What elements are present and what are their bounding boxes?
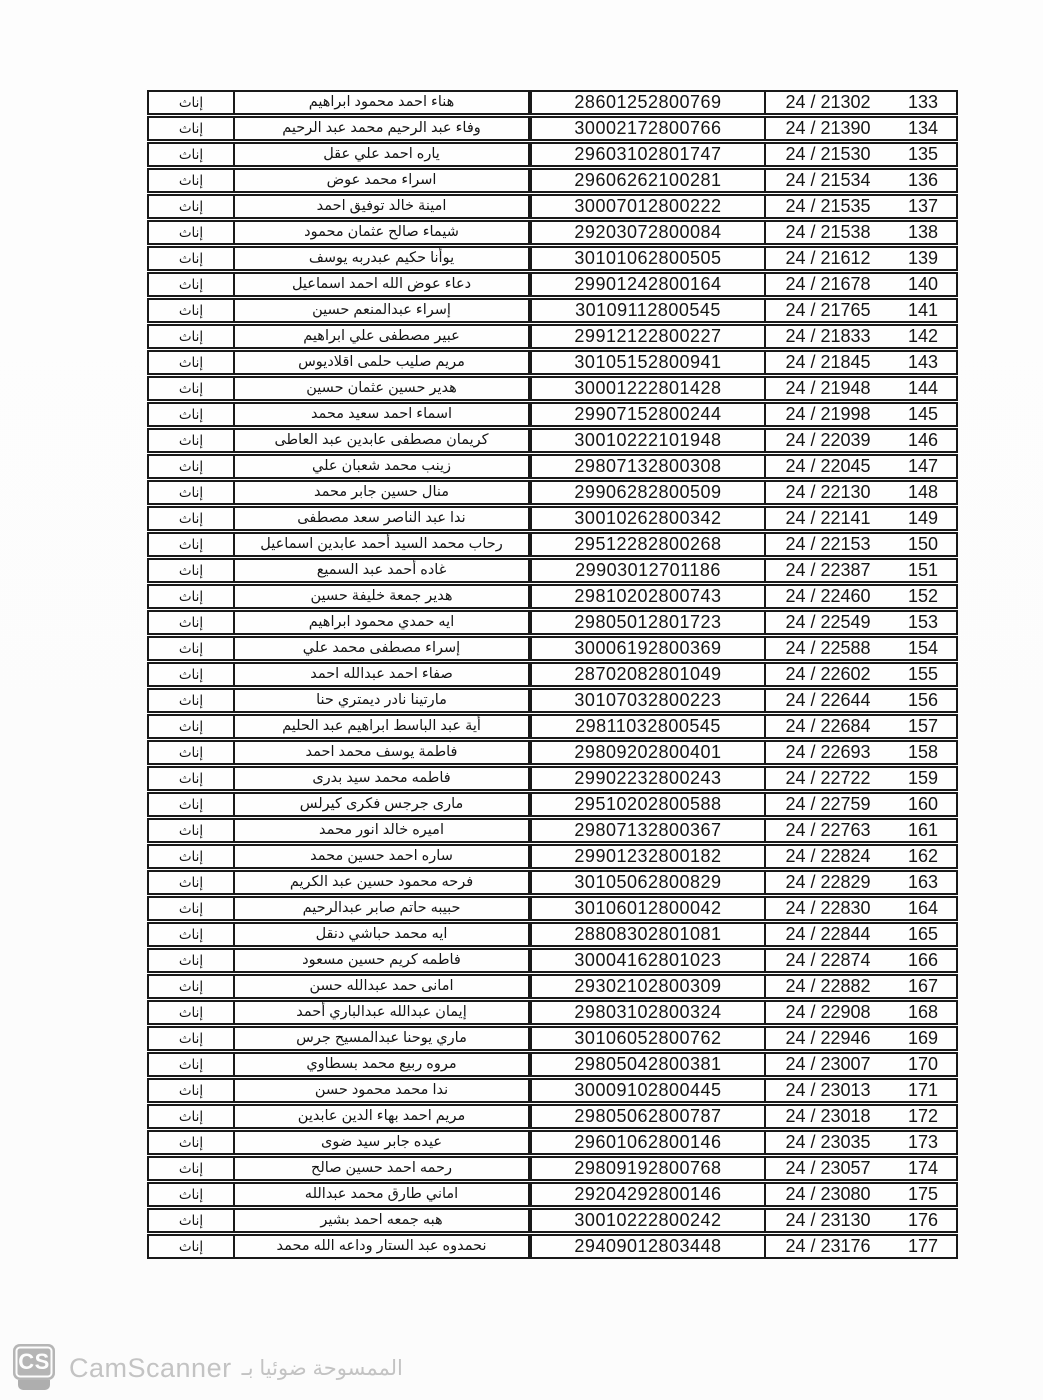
code-cell: 24 / 21534 — [764, 170, 890, 191]
serial-cell: 148 — [890, 482, 956, 503]
national-id-cell: 29902232800243 — [530, 768, 764, 789]
serial-cell: 143 — [890, 352, 956, 373]
gender-cell: إناث — [149, 742, 235, 763]
name-cell: مريم احمد بهاء الدين عابدين — [235, 1106, 530, 1127]
code-cell: 24 / 22759 — [764, 794, 890, 815]
name-cell: هدير جمعة خليفة حسين — [235, 586, 530, 607]
name-cell: وفاء عبد الرحيم محمد عبد الرحيم — [235, 118, 530, 139]
serial-cell: 162 — [890, 846, 956, 867]
code-cell: 24 / 21845 — [764, 352, 890, 373]
gender-cell: إناث — [149, 638, 235, 659]
code-cell: 24 / 21833 — [764, 326, 890, 347]
table-row: 154 24 / 22588 30006192800369 إسراء مصطف… — [147, 636, 958, 661]
serial-cell: 153 — [890, 612, 956, 633]
table-row: 140 24 / 21678 29901242800164 دعاء عوض ا… — [147, 272, 958, 297]
serial-cell: 139 — [890, 248, 956, 269]
national-id-cell: 30006192800369 — [530, 638, 764, 659]
code-cell: 24 / 21948 — [764, 378, 890, 399]
table-row: 134 24 / 21390 30002172800766 وفاء عبد ا… — [147, 116, 958, 141]
gender-cell: إناث — [149, 976, 235, 997]
code-cell: 24 / 22602 — [764, 664, 890, 685]
serial-cell: 172 — [890, 1106, 956, 1127]
code-cell: 24 / 22045 — [764, 456, 890, 477]
name-cell: رحمه احمد حسين صالح — [235, 1158, 530, 1179]
serial-cell: 138 — [890, 222, 956, 243]
national-id-cell: 29805062800787 — [530, 1106, 764, 1127]
national-id-cell: 30010222101948 — [530, 430, 764, 451]
serial-cell: 142 — [890, 326, 956, 347]
table-row: 166 24 / 22874 30004162801023 فاطمه كريم… — [147, 948, 958, 973]
code-cell: 24 / 22946 — [764, 1028, 890, 1049]
national-id-cell: 30106012800042 — [530, 898, 764, 919]
gender-cell: إناث — [149, 560, 235, 581]
name-cell: منال حسين جابر محمد — [235, 482, 530, 503]
name-cell: ماري يوحنا عبدالمسيح جرس — [235, 1028, 530, 1049]
name-cell: ياره احمد علي عقل — [235, 144, 530, 165]
code-cell: 24 / 23013 — [764, 1080, 890, 1101]
name-cell: دعاء عوض الله احمد اسماعيل — [235, 274, 530, 295]
serial-cell: 133 — [890, 92, 956, 113]
code-cell: 24 / 22824 — [764, 846, 890, 867]
serial-cell: 141 — [890, 300, 956, 321]
name-cell: ايه محمد حباشي دنقل — [235, 924, 530, 945]
serial-cell: 161 — [890, 820, 956, 841]
national-id-cell: 29907152800244 — [530, 404, 764, 425]
table-row: 151 24 / 22387 29903012701186 غاده أحمد … — [147, 558, 958, 583]
table-row: 152 24 / 22460 29810202800743 هدير جمعة … — [147, 584, 958, 609]
serial-cell: 150 — [890, 534, 956, 555]
table-row: 153 24 / 22549 29805012801723 ايه حمدي م… — [147, 610, 958, 635]
national-id-cell: 28702082801049 — [530, 664, 764, 685]
code-cell: 24 / 22588 — [764, 638, 890, 659]
gender-cell: إناث — [149, 664, 235, 685]
table-row: 146 24 / 22039 30010222101948 كريمان مصط… — [147, 428, 958, 453]
name-cell: مريم صليب حلمى اقلاديوس — [235, 352, 530, 373]
table-row: 164 24 / 22830 30106012800042 حبيبه حاتم… — [147, 896, 958, 921]
code-cell: 24 / 23035 — [764, 1132, 890, 1153]
gender-cell: إناث — [149, 1080, 235, 1101]
serial-cell: 137 — [890, 196, 956, 217]
national-id-cell: 28808302801081 — [530, 924, 764, 945]
code-cell: 24 / 23057 — [764, 1158, 890, 1179]
name-cell: نحمدوه عبد الستار وداعه الله محمد — [235, 1236, 530, 1257]
serial-cell: 145 — [890, 404, 956, 425]
gender-cell: إناث — [149, 222, 235, 243]
name-cell: يوأنا حكيم عبدربه يوسف — [235, 248, 530, 269]
serial-cell: 151 — [890, 560, 956, 581]
national-id-cell: 29912122800227 — [530, 326, 764, 347]
table-row: 176 24 / 23130 30010222800242 هبه جمعه ا… — [147, 1208, 958, 1233]
name-cell: فاطمة يوسف محمد احمد — [235, 742, 530, 763]
gender-cell: إناث — [149, 482, 235, 503]
national-id-cell: 29901242800164 — [530, 274, 764, 295]
gender-cell: إناث — [149, 352, 235, 373]
name-cell: ندا عبد الناصر سعد مصطفى — [235, 508, 530, 529]
table-row: 159 24 / 22722 29902232800243 فاطمه محمد… — [147, 766, 958, 791]
gender-cell: إناث — [149, 1106, 235, 1127]
name-cell: ندا محمد محمود حسن — [235, 1080, 530, 1101]
national-id-cell: 29901232800182 — [530, 846, 764, 867]
gender-cell: إناث — [149, 794, 235, 815]
table-row: 148 24 / 22130 29906282800509 منال حسين … — [147, 480, 958, 505]
name-cell: رحاب محمد السيد أحمد عابدين اسماعيل — [235, 534, 530, 555]
serial-cell: 158 — [890, 742, 956, 763]
name-cell: ايه حمدي محمود ابراهيم — [235, 612, 530, 633]
gender-cell: إناث — [149, 820, 235, 841]
table-row: 172 24 / 23018 29805062800787 مريم احمد … — [147, 1104, 958, 1129]
camscanner-brand-text: CamScanner — [69, 1353, 232, 1384]
gender-cell: إناث — [149, 534, 235, 555]
table-row: 141 24 / 21765 30109112800545 إسراء عبدا… — [147, 298, 958, 323]
gender-cell: إناث — [149, 612, 235, 633]
serial-cell: 170 — [890, 1054, 956, 1075]
national-id-cell: 30010262800342 — [530, 508, 764, 529]
national-id-cell: 29510202800588 — [530, 794, 764, 815]
gender-cell: إناث — [149, 144, 235, 165]
gender-cell: إناث — [149, 716, 235, 737]
gender-cell: إناث — [149, 170, 235, 191]
name-cell: صفاء احمد عبدالله احمد — [235, 664, 530, 685]
table-row: 168 24 / 22908 29803102800324 إيمان عبدا… — [147, 1000, 958, 1025]
gender-cell: إناث — [149, 1002, 235, 1023]
serial-cell: 166 — [890, 950, 956, 971]
national-id-cell: 30009102800445 — [530, 1080, 764, 1101]
table-row: 145 24 / 21998 29907152800244 اسماء احمد… — [147, 402, 958, 427]
gender-cell: إناث — [149, 1132, 235, 1153]
code-cell: 24 / 21390 — [764, 118, 890, 139]
serial-cell: 146 — [890, 430, 956, 451]
national-id-cell: 30002172800766 — [530, 118, 764, 139]
table-row: 173 24 / 23035 29601062800146 عيده جابر … — [147, 1130, 958, 1155]
code-cell: 24 / 22644 — [764, 690, 890, 711]
serial-cell: 157 — [890, 716, 956, 737]
student-roster-table: 133 24 / 21302 28601252800769 هناء احمد … — [147, 90, 954, 1260]
code-cell: 24 / 22693 — [764, 742, 890, 763]
national-id-cell: 29807132800308 — [530, 456, 764, 477]
table-row: 177 24 / 23176 29409012803448 نحمدوه عبد… — [147, 1234, 958, 1259]
name-cell: اماني طارق محمد عبدالله — [235, 1184, 530, 1205]
gender-cell: إناث — [149, 924, 235, 945]
national-id-cell: 29601062800146 — [530, 1132, 764, 1153]
national-id-cell: 29302102800309 — [530, 976, 764, 997]
gender-cell: إناث — [149, 898, 235, 919]
name-cell: امانى حمد عبدالله حسن — [235, 976, 530, 997]
national-id-cell: 29409012803448 — [530, 1236, 764, 1257]
name-cell: فاطمه كريم حسين مسعود — [235, 950, 530, 971]
table-row: 175 24 / 23080 29204292800146 اماني طارق… — [147, 1182, 958, 1207]
serial-cell: 144 — [890, 378, 956, 399]
camscanner-watermark: CS CamScanner الممسوحة ضوئيا بـ — [13, 1344, 403, 1392]
table-row: 149 24 / 22141 30010262800342 ندا عبد ال… — [147, 506, 958, 531]
table-row: 143 24 / 21845 30105152800941 مريم صليب … — [147, 350, 958, 375]
gender-cell: إناث — [149, 768, 235, 789]
code-cell: 24 / 22549 — [764, 612, 890, 633]
serial-cell: 167 — [890, 976, 956, 997]
table-row: 136 24 / 21534 29606262100281 اسراء محمد… — [147, 168, 958, 193]
name-cell: هدير حسين عثمان حسين — [235, 378, 530, 399]
gender-cell: إناث — [149, 846, 235, 867]
gender-cell: إناث — [149, 1054, 235, 1075]
serial-cell: 164 — [890, 898, 956, 919]
camscanner-badge-label: CS — [18, 1349, 50, 1375]
table-row: 135 24 / 21530 29603102801747 ياره احمد … — [147, 142, 958, 167]
serial-cell: 156 — [890, 690, 956, 711]
gender-cell: إناث — [149, 456, 235, 477]
gender-cell: إناث — [149, 300, 235, 321]
code-cell: 24 / 22874 — [764, 950, 890, 971]
serial-cell: 147 — [890, 456, 956, 477]
camscanner-logo-icon: CS — [13, 1344, 59, 1392]
national-id-cell: 29805042800381 — [530, 1054, 764, 1075]
serial-cell: 149 — [890, 508, 956, 529]
code-cell: 24 / 22460 — [764, 586, 890, 607]
gender-cell: إناث — [149, 118, 235, 139]
national-id-cell: 30001222801428 — [530, 378, 764, 399]
serial-cell: 136 — [890, 170, 956, 191]
table-row: 160 24 / 22759 29510202800588 مارى جرجس … — [147, 792, 958, 817]
camscanner-badge-tab — [18, 1380, 50, 1390]
code-cell: 24 / 22829 — [764, 872, 890, 893]
table-row: 167 24 / 22882 29302102800309 امانى حمد … — [147, 974, 958, 999]
name-cell: اسراء محمد عوض — [235, 170, 530, 191]
serial-cell: 168 — [890, 1002, 956, 1023]
name-cell: هناء احمد محمود ابراهيم — [235, 92, 530, 113]
serial-cell: 134 — [890, 118, 956, 139]
code-cell: 24 / 21535 — [764, 196, 890, 217]
name-cell: عيده جابر سيد ضوى — [235, 1132, 530, 1153]
code-cell: 24 / 21302 — [764, 92, 890, 113]
gender-cell: إناث — [149, 1210, 235, 1231]
name-cell: أية عبد الباسط ابراهيم عبد الحليم — [235, 716, 530, 737]
name-cell: مارى جرجس فكرى كيرلس — [235, 794, 530, 815]
serial-cell: 165 — [890, 924, 956, 945]
gender-cell: إناث — [149, 1236, 235, 1257]
name-cell: فاطمه محمد سيد بدرى — [235, 768, 530, 789]
camscanner-badge: CS — [13, 1344, 55, 1380]
national-id-cell: 30105062800829 — [530, 872, 764, 893]
national-id-cell: 29805012801723 — [530, 612, 764, 633]
table-row: 156 24 / 22644 30107032800223 مارتينا نا… — [147, 688, 958, 713]
serial-cell: 152 — [890, 586, 956, 607]
code-cell: 24 / 21998 — [764, 404, 890, 425]
gender-cell: إناث — [149, 508, 235, 529]
table-row: 158 24 / 22693 29809202800401 فاطمة يوسف… — [147, 740, 958, 765]
code-cell: 24 / 23176 — [764, 1236, 890, 1257]
national-id-cell: 30107032800223 — [530, 690, 764, 711]
code-cell: 24 / 22039 — [764, 430, 890, 451]
gender-cell: إناث — [149, 872, 235, 893]
gender-cell: إناث — [149, 404, 235, 425]
name-cell: إيمان عبدالله عبدالباري أحمد — [235, 1002, 530, 1023]
serial-cell: 140 — [890, 274, 956, 295]
national-id-cell: 29809192800768 — [530, 1158, 764, 1179]
gender-cell: إناث — [149, 950, 235, 971]
national-id-cell: 29810202800743 — [530, 586, 764, 607]
code-cell: 24 / 21678 — [764, 274, 890, 295]
gender-cell: إناث — [149, 274, 235, 295]
table-row: 161 24 / 22763 29807132800367 اميره خالد… — [147, 818, 958, 843]
national-id-cell: 30106052800762 — [530, 1028, 764, 1049]
national-id-cell: 30010222800242 — [530, 1210, 764, 1231]
table-row: 139 24 / 21612 30101062800505 يوأنا حكيم… — [147, 246, 958, 271]
code-cell: 24 / 21530 — [764, 144, 890, 165]
name-cell: عبير مصطفى علي ابراهيم — [235, 326, 530, 347]
table-row: 170 24 / 23007 29805042800381 مروه ربيع … — [147, 1052, 958, 1077]
national-id-cell: 29512282800268 — [530, 534, 764, 555]
name-cell: اميره خالد انور محمد — [235, 820, 530, 841]
serial-cell: 163 — [890, 872, 956, 893]
code-cell: 24 / 23080 — [764, 1184, 890, 1205]
national-id-cell: 29803102800324 — [530, 1002, 764, 1023]
gender-cell: إناث — [149, 92, 235, 113]
table-row: 137 24 / 21535 30007012800222 امينة خالد… — [147, 194, 958, 219]
national-id-cell: 29203072800084 — [530, 222, 764, 243]
serial-cell: 174 — [890, 1158, 956, 1179]
code-cell: 24 / 22130 — [764, 482, 890, 503]
name-cell: غاده أحمد عبد السميع — [235, 560, 530, 581]
gender-cell: إناث — [149, 196, 235, 217]
serial-cell: 173 — [890, 1132, 956, 1153]
national-id-cell: 29204292800146 — [530, 1184, 764, 1205]
serial-cell: 169 — [890, 1028, 956, 1049]
table-row: 162 24 / 22824 29901232800182 ساره احمد … — [147, 844, 958, 869]
watermark-arabic-text: الممسوحة ضوئيا بـ — [242, 1356, 403, 1381]
code-cell: 24 / 23018 — [764, 1106, 890, 1127]
national-id-cell: 30004162801023 — [530, 950, 764, 971]
code-cell: 24 / 22882 — [764, 976, 890, 997]
name-cell: شيماء صالح عثمان محمود — [235, 222, 530, 243]
code-cell: 24 / 22722 — [764, 768, 890, 789]
code-cell: 24 / 22387 — [764, 560, 890, 581]
national-id-cell: 30101062800505 — [530, 248, 764, 269]
code-cell: 24 / 23130 — [764, 1210, 890, 1231]
name-cell: كريمان مصطفى عابدين عبد العاطى — [235, 430, 530, 451]
serial-cell: 176 — [890, 1210, 956, 1231]
gender-cell: إناث — [149, 690, 235, 711]
national-id-cell: 30109112800545 — [530, 300, 764, 321]
name-cell: مروه ربيع محمد بسطاوي — [235, 1054, 530, 1075]
table-row: 147 24 / 22045 29807132800308 زينب محمد … — [147, 454, 958, 479]
serial-cell: 159 — [890, 768, 956, 789]
code-cell: 24 / 22830 — [764, 898, 890, 919]
serial-cell: 155 — [890, 664, 956, 685]
gender-cell: إناث — [149, 1184, 235, 1205]
name-cell: إسراء مصطفى محمد علي — [235, 638, 530, 659]
code-cell: 24 / 22908 — [764, 1002, 890, 1023]
table-row: 165 24 / 22844 28808302801081 ايه محمد ح… — [147, 922, 958, 947]
code-cell: 24 / 21538 — [764, 222, 890, 243]
code-cell: 24 / 23007 — [764, 1054, 890, 1075]
national-id-cell: 30105152800941 — [530, 352, 764, 373]
code-cell: 24 / 22684 — [764, 716, 890, 737]
table-row: 133 24 / 21302 28601252800769 هناء احمد … — [147, 90, 958, 115]
gender-cell: إناث — [149, 1158, 235, 1179]
table-row: 174 24 / 23057 29809192800768 رحمه احمد … — [147, 1156, 958, 1181]
name-cell: إسراء عبدالمنعم حسين — [235, 300, 530, 321]
table-row: 144 24 / 21948 30001222801428 هدير حسين … — [147, 376, 958, 401]
gender-cell: إناث — [149, 586, 235, 607]
national-id-cell: 28601252800769 — [530, 92, 764, 113]
serial-cell: 177 — [890, 1236, 956, 1257]
gender-cell: إناث — [149, 248, 235, 269]
name-cell: ساره احمد حسين محمد — [235, 846, 530, 867]
name-cell: زينب محمد شعبان علي — [235, 456, 530, 477]
national-id-cell: 29809202800401 — [530, 742, 764, 763]
table-row: 163 24 / 22829 30105062800829 فرحه محمود… — [147, 870, 958, 895]
student-table-body: 133 24 / 21302 28601252800769 هناء احمد … — [147, 90, 954, 1259]
gender-cell: إناث — [149, 1028, 235, 1049]
serial-cell: 135 — [890, 144, 956, 165]
national-id-cell: 29906282800509 — [530, 482, 764, 503]
name-cell: اسماء احمد سعيد محمد — [235, 404, 530, 425]
name-cell: حبيبه حاتم صابر عبدالرحيم — [235, 898, 530, 919]
table-row: 155 24 / 22602 28702082801049 صفاء احمد … — [147, 662, 958, 687]
code-cell: 24 / 22153 — [764, 534, 890, 555]
table-row: 157 24 / 22684 29811032800545 أية عبد ال… — [147, 714, 958, 739]
gender-cell: إناث — [149, 430, 235, 451]
table-row: 138 24 / 21538 29203072800084 شيماء صالح… — [147, 220, 958, 245]
gender-cell: إناث — [149, 378, 235, 399]
code-cell: 24 / 21612 — [764, 248, 890, 269]
national-id-cell: 29807132800367 — [530, 820, 764, 841]
code-cell: 24 / 22844 — [764, 924, 890, 945]
serial-cell: 160 — [890, 794, 956, 815]
national-id-cell: 29811032800545 — [530, 716, 764, 737]
name-cell: امينة خالد توفيق احمد — [235, 196, 530, 217]
table-row: 150 24 / 22153 29512282800268 رحاب محمد … — [147, 532, 958, 557]
code-cell: 24 / 22763 — [764, 820, 890, 841]
national-id-cell: 29603102801747 — [530, 144, 764, 165]
serial-cell: 171 — [890, 1080, 956, 1101]
name-cell: مارتينا نادر ديمتري حنا — [235, 690, 530, 711]
national-id-cell: 29903012701186 — [530, 560, 764, 581]
name-cell: فرحه محمود حسين عبد الكريم — [235, 872, 530, 893]
code-cell: 24 / 22141 — [764, 508, 890, 529]
serial-cell: 154 — [890, 638, 956, 659]
table-row: 171 24 / 23013 30009102800445 ندا محمد م… — [147, 1078, 958, 1103]
name-cell: هبه جمعه احمد بشير — [235, 1210, 530, 1231]
scanned-document-page: 133 24 / 21302 28601252800769 هناء احمد … — [0, 0, 1043, 1400]
table-row: 142 24 / 21833 29912122800227 عبير مصطفى… — [147, 324, 958, 349]
gender-cell: إناث — [149, 326, 235, 347]
table-row: 169 24 / 22946 30106052800762 ماري يوحنا… — [147, 1026, 958, 1051]
national-id-cell: 29606262100281 — [530, 170, 764, 191]
national-id-cell: 30007012800222 — [530, 196, 764, 217]
serial-cell: 175 — [890, 1184, 956, 1205]
code-cell: 24 / 21765 — [764, 300, 890, 321]
